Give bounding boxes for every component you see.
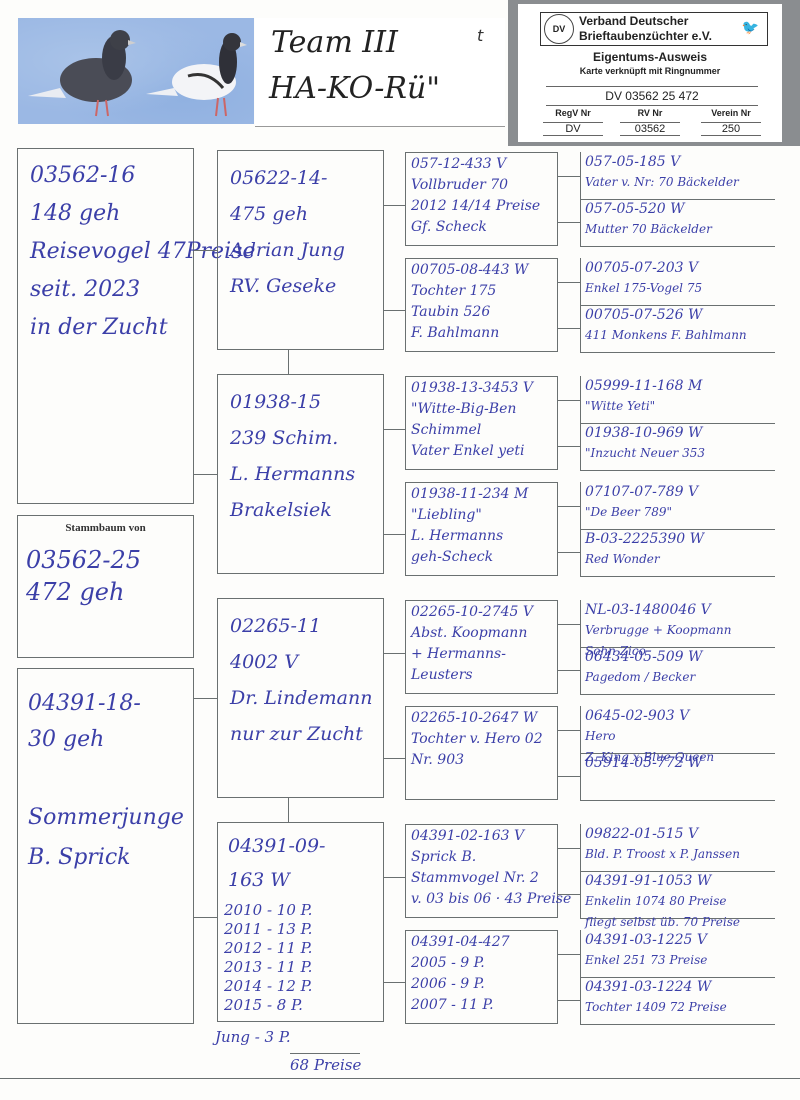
gg-grandparent-line: 07107-07-789 V — [585, 485, 698, 499]
connector — [384, 758, 405, 759]
pedigree-text-line: Sprick B. — [411, 850, 476, 864]
prize-record-line: 2013 - 11 P. — [224, 960, 312, 975]
pedigree-text-line: B. Sprick — [28, 847, 131, 869]
gg-grandparent-line: 05914-05-772 W — [585, 756, 702, 770]
pedigree-text-line: 04391-09- — [228, 837, 325, 856]
pedigree-text-line: Vater Enkel yeti — [411, 444, 524, 458]
connector — [558, 894, 580, 895]
sire-box: 03562-16148 gehReisevogel 47Preiseseit. … — [17, 148, 194, 504]
connector — [558, 1000, 580, 1001]
gg-divider — [580, 576, 775, 577]
connector — [17, 310, 18, 311]
prize-total: 68 Preise — [290, 1058, 361, 1073]
gg-grandparent-line: 04391-03-1225 V — [585, 933, 707, 947]
pedigree-text-line: 04391-18- — [28, 693, 141, 715]
pedigree-text-line: Adrian Jung — [230, 241, 345, 260]
prize-record-line: 2011 - 13 P. — [224, 922, 312, 937]
gg-grandparent-line: "Inzucht Neuer 353 — [585, 447, 705, 459]
prize-record-line: 2014 - 12 P. — [224, 979, 312, 994]
gg-grandparent-line: 05999-11-168 M — [585, 379, 702, 393]
dark-pigeon-image — [18, 18, 254, 124]
pedigree-text-line: RV. Geseke — [230, 277, 336, 296]
pedigree-text-line: Leusters — [411, 668, 473, 682]
pedigree-text-line: 472 geh — [26, 580, 124, 604]
connector — [384, 310, 405, 311]
pedigree-text-line: Taubin 526 — [411, 305, 490, 319]
pedigree-text-line: 05622-14- — [230, 169, 327, 188]
gg-divider — [580, 871, 775, 872]
gg-divider — [580, 305, 775, 306]
gg-divider — [580, 199, 775, 200]
connector — [558, 624, 580, 625]
gg-grandparent-line: Hero — [585, 730, 616, 742]
team-note: Team III HA-KO-Rü" t — [255, 18, 505, 127]
connector — [558, 282, 580, 283]
rv-value: 03562 — [620, 122, 680, 136]
gg-grandparent-line: 00705-07-526 W — [585, 308, 702, 322]
connector — [558, 176, 580, 177]
pedigree-text-line: "Liebling" — [411, 508, 482, 522]
connector — [558, 670, 580, 671]
pedigree-text-line: 03562-16 — [30, 165, 135, 187]
pedigree-text-line: + Hermanns- — [411, 647, 506, 661]
pedigree-text-line: 01938-11-234 M — [411, 487, 528, 501]
pedigree-text-line: L. Hermanns — [411, 529, 503, 543]
gg-divider — [580, 246, 775, 247]
grandparent-box: 01938-15239 Schim.L. HermannsBrakelsiek — [217, 374, 384, 574]
gg-grandparent-line: Tochter 1409 72 Preise — [585, 1001, 727, 1013]
gg-grandparent-line: Enkel 251 73 Preise — [585, 954, 707, 966]
pedigree-text-line: 2007 - 11 P. — [411, 998, 494, 1012]
connector — [384, 534, 405, 535]
pedigree-text-line: 04391-02-163 V — [411, 829, 524, 843]
pedigree-text-line: 2012 14/14 Preise — [411, 199, 540, 213]
pedigree-text-line: nur zur Zucht — [230, 725, 363, 744]
connector — [194, 250, 217, 251]
pedigree-text-line: 239 Schim. — [230, 429, 338, 448]
pedigree-text-line: L. Hermanns — [230, 465, 355, 484]
pedigree-text-line: seit. 2023 — [30, 279, 140, 301]
team-members: HA-KO-Rü" — [269, 74, 440, 104]
pedigree-text-line: 2005 - 9 P. — [411, 956, 485, 970]
connector — [384, 982, 405, 983]
gg-divider — [580, 977, 775, 978]
gg-grandparent-line: 04391-03-1224 W — [585, 980, 711, 994]
pedigree-text-line: 03562-25 — [26, 548, 141, 572]
gg-grandparent-line: "Witte Yeti" — [585, 400, 655, 412]
pedigree-text-line: Tochter v. Hero 02 — [411, 732, 543, 746]
great-grandparent-box: 057-12-433 VVollbruder 702012 14/14 Prei… — [405, 152, 558, 246]
pedigree-text-line: 02265-10-2745 V — [411, 605, 533, 619]
great-grandparent-box: 04391-04-4272005 - 9 P.2006 - 9 P.2007 -… — [405, 930, 558, 1024]
prize-record-line: 2012 - 11 P. — [224, 941, 312, 956]
pedigree-text-line: Sommerjunge — [28, 807, 184, 829]
great-grandparent-box: 04391-02-163 VSprick B.Stammvogel Nr. 2v… — [405, 824, 558, 918]
ownership-card: DV Verband Deutscher Brieftaubenzüchter … — [508, 0, 800, 146]
connector — [194, 698, 217, 699]
gg-grandparent-line: 06434-05-509 W — [585, 650, 702, 664]
pedigree-text-line: Brakelsiek — [230, 501, 332, 520]
connector — [558, 328, 580, 329]
gg-grandparent-line: NL-03-1480046 V — [585, 603, 711, 617]
pedigree-text-line: 057-12-433 V — [411, 157, 506, 171]
pedigree-text-line: 4002 V — [230, 653, 298, 672]
great-grandparent-box: 00705-08-443 WTochter 175Taubin 526F. Ba… — [405, 258, 558, 352]
gg-grandparent-line: 411 Monkens F. Bahlmann — [585, 329, 747, 341]
gg-divider — [580, 694, 775, 695]
connector — [558, 400, 580, 401]
pedigree-text-line: geh-Scheck — [411, 550, 493, 564]
gg-grandparent-line: 057-05-185 V — [585, 155, 680, 169]
gg-grandparent-line: 04391-91-1053 W — [585, 874, 711, 888]
gg-grandparent-line: Vater v. Nr: 70 Bäckelder — [585, 176, 739, 188]
regv-value: DV — [543, 122, 603, 136]
gg-grandparent-line: 09822-01-515 V — [585, 827, 698, 841]
ring-number: DV 03562 25 472 — [546, 86, 758, 106]
pedigree-text-line: "Witte-Big-Ben — [411, 402, 516, 416]
pedigree-text-line: 01938-15 — [230, 393, 321, 412]
connector — [558, 222, 580, 223]
gg-grandparent-line: Mutter 70 Bäckelder — [585, 223, 712, 235]
dam-box: 04391-18-30 gehSommerjungeB. Sprick — [17, 668, 194, 1024]
pigeon-logo-icon: 🐦 — [742, 19, 759, 36]
org-name-line1: Verband Deutscher — [579, 14, 688, 28]
card-header: DV Verband Deutscher Brieftaubenzüchter … — [540, 12, 768, 46]
card-title: Eigentums-Ausweis — [518, 50, 782, 64]
prize-record-line: 2015 - 8 P. — [224, 998, 303, 1013]
pedigree-text-line: Gf. Scheck — [411, 220, 487, 234]
gg-divider — [580, 1024, 775, 1025]
great-grandparent-box: 01938-13-3453 V"Witte-Big-BenSchimmelVat… — [405, 376, 558, 470]
pedigree-text-line: Abst. Koopmann — [411, 626, 527, 640]
gg-divider — [580, 470, 775, 471]
team-superscript: t — [477, 28, 483, 44]
gg-grandparent-line: Bld. P. Troost x P. Janssen — [585, 848, 740, 860]
subject-box: Stammbaum von03562-25472 geh — [17, 515, 194, 658]
pedigree-text-line: 02265-10-2647 W — [411, 711, 537, 725]
pedigree-text-line: Dr. Lindemann — [230, 689, 372, 708]
gg-grandparent-line: B-03-2225390 W — [585, 532, 704, 546]
grandparent-box: 04391-09-163 W2010 - 10 P.2011 - 13 P.20… — [217, 822, 384, 1022]
pedigree-text-line: Vollbruder 70 — [411, 178, 508, 192]
pedigree-text-line: 2006 - 9 P. — [411, 977, 485, 991]
pedigree-text-line: in der Zucht — [30, 317, 168, 339]
pigeon-photo-banner — [18, 18, 254, 124]
connector — [558, 776, 580, 777]
gg-grandparent-line: fliegt selbst üb. 70 Preise — [585, 916, 740, 928]
gg-grandparent-line: 057-05-520 W — [585, 202, 685, 216]
stammbaum-label: Stammbaum von — [18, 522, 193, 534]
gg-grandparent-line: 01938-10-969 W — [585, 426, 702, 440]
connector — [194, 474, 217, 475]
connector — [558, 552, 580, 553]
card-subtitle: Karte verknüpft mit Ringnummer — [518, 66, 782, 76]
pedigree-text-line: F. Bahlmann — [411, 326, 499, 340]
connector — [558, 730, 580, 731]
pedigree-text-line: 148 geh — [30, 203, 120, 225]
connector — [384, 205, 405, 206]
pedigree-text-line: 163 W — [228, 871, 290, 890]
prize-footer-line: Jung - 3 P. — [215, 1030, 291, 1045]
gg-grandparent-line: Verbrugge + Koopmann — [585, 624, 731, 636]
verein-label: Verein Nr — [696, 108, 766, 118]
grandparent-box: 05622-14-475 gehAdrian JungRV. Geseke — [217, 150, 384, 350]
gg-grandparent-line: 00705-07-203 V — [585, 261, 698, 275]
gg-grandparent-line: Enkelin 1074 80 Preise — [585, 895, 727, 907]
gg-divider — [580, 423, 775, 424]
gg-grandparent-line: Pagedom / Becker — [585, 671, 695, 683]
gg-grandparent-line: Red Wonder — [585, 553, 660, 565]
great-grandparent-box: 02265-10-2647 WTochter v. Hero 02Nr. 903 — [405, 706, 558, 800]
pedigree-text-line: 04391-04-427 — [411, 935, 510, 949]
connector — [558, 954, 580, 955]
pedigree-text-line: 00705-08-443 W — [411, 263, 528, 277]
page-edge — [0, 1078, 800, 1079]
prize-record-line: 2010 - 10 P. — [224, 903, 312, 918]
grandparent-box: 02265-114002 VDr. Lindemannnur zur Zucht — [217, 598, 384, 798]
gg-divider — [580, 529, 775, 530]
gg-grandparent-line: "De Beer 789" — [585, 506, 672, 518]
gg-divider — [580, 352, 775, 353]
great-grandparent-box: 01938-11-234 M"Liebling"L. Hermannsgeh-S… — [405, 482, 558, 576]
org-name-line2: Brieftaubenzüchter e.V. — [579, 29, 712, 43]
connector — [384, 653, 405, 654]
sum-underline — [290, 1053, 360, 1054]
connector — [288, 350, 289, 374]
regv-label: RegV Nr — [538, 108, 608, 118]
pedigree-text-line: Schimmel — [411, 423, 481, 437]
pedigree-text-line: 475 geh — [230, 205, 308, 224]
great-grandparent-box: 02265-10-2745 VAbst. Koopmann+ Hermanns-… — [405, 600, 558, 694]
connector — [194, 917, 217, 918]
pedigree-text-line: Nr. 903 — [411, 753, 464, 767]
dv-logo-icon: DV — [544, 14, 574, 44]
connector — [384, 429, 405, 430]
pedigree-text-line: Tochter 175 — [411, 284, 496, 298]
rv-label: RV Nr — [615, 108, 685, 118]
gg-divider — [580, 800, 775, 801]
pedigree-text-line: 02265-11 — [230, 617, 321, 636]
connector — [288, 798, 289, 822]
connector — [558, 446, 580, 447]
verein-value: 250 — [701, 122, 761, 136]
pedigree-text-line: 30 geh — [28, 729, 104, 751]
gg-grandparent-line: Enkel 175-Vogel 75 — [585, 282, 702, 294]
connector — [384, 877, 405, 878]
pedigree-text-line: v. 03 bis 06 · 43 Preise — [411, 892, 571, 906]
gg-grandparent-line: 0645-02-903 V — [585, 709, 689, 723]
pedigree-text-line: 01938-13-3453 V — [411, 381, 533, 395]
team-name: Team III — [271, 28, 398, 58]
connector — [558, 506, 580, 507]
pedigree-text-line: Stammvogel Nr. 2 — [411, 871, 539, 885]
connector — [558, 848, 580, 849]
